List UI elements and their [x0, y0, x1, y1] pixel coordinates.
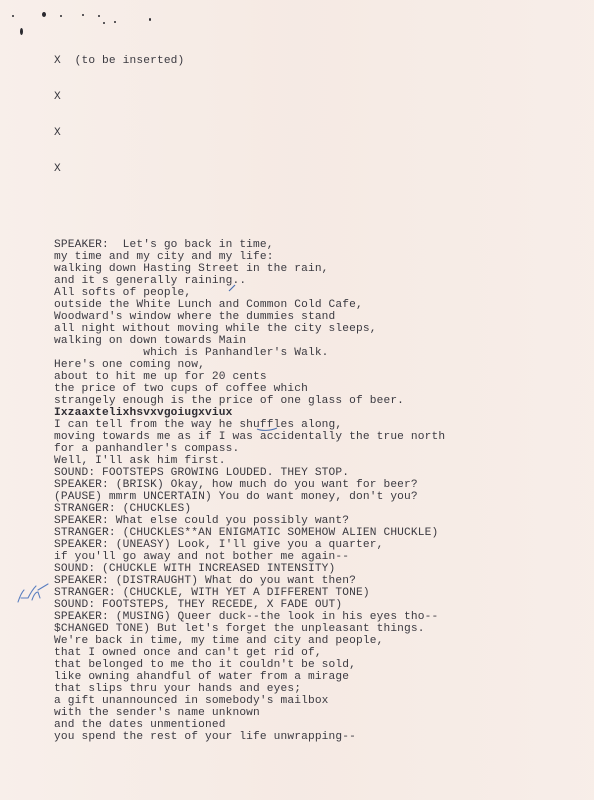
x-mark: X [54, 127, 445, 139]
script-line: that I owned once and can't get rid of, [54, 647, 445, 659]
script-line: Well, I'll ask him first. [54, 455, 445, 467]
pen-underline-icon [256, 426, 278, 432]
script-line: Ixzaaxtelixhsvxvgoiugxviux [54, 407, 445, 419]
script-lines: SPEAKER: Let's go back in time,my time a… [54, 239, 445, 743]
ink-speck [98, 15, 100, 17]
script-line: and the dates unmentioned [54, 719, 445, 731]
script-line: STRANGER: (CHUCKLES) [54, 503, 445, 515]
ink-speck [42, 12, 46, 17]
script-line: my time and my city and my life: [54, 251, 445, 263]
script-line: Here's one coming now, [54, 359, 445, 371]
ink-speck [103, 22, 105, 24]
insert-note: X (to be inserted) [54, 55, 445, 67]
pen-checkmark-icon [227, 284, 237, 294]
ink-speck [20, 28, 23, 35]
script-line: We're back in time, my time and city and… [54, 635, 445, 647]
script-line: All softs of people, [54, 287, 445, 299]
script-line: that slips thru your hands and eyes; [54, 683, 445, 695]
ink-speck [82, 14, 84, 16]
script-line: if you'll go away and not bother me agai… [54, 551, 445, 563]
script-line: which is Panhandler's Walk. [54, 347, 445, 359]
script-line: SOUND: FOOTSTEPS GROWING LOUDED. THEY ST… [54, 467, 445, 479]
script-line: SOUND: (CHUCKLE WITH INCREASED INTENSITY… [54, 563, 445, 575]
handwritten-initials-icon [14, 580, 50, 606]
ink-speck [114, 21, 116, 23]
script-line: all night without moving while the city … [54, 323, 445, 335]
script-line: a gift unannounced in somebody's mailbox [54, 695, 445, 707]
line-spacer [54, 199, 445, 215]
script-line: that belonged to me tho it couldn't be s… [54, 659, 445, 671]
script-line: SPEAKER: (MUSING) Queer duck--the look i… [54, 611, 445, 623]
script-line: walking down Hasting Street in the rain, [54, 263, 445, 275]
script-line: SOUND: FOOTSTEPS, THEY RECEDE, X FADE OU… [54, 599, 445, 611]
script-line: like owning ahandful of water from a mir… [54, 671, 445, 683]
script-line: Woodward's window where the dummies stan… [54, 311, 445, 323]
x-mark: X [54, 163, 445, 175]
script-line: the price of two cups of coffee which [54, 383, 445, 395]
script-line: STRANGER: (CHUCKLES**AN ENIGMATIC SOMEHO… [54, 527, 445, 539]
script-line: SPEAKER: (BRISK) Okay, how much do you w… [54, 479, 445, 491]
ink-speck [60, 15, 62, 17]
script-line: strangely enough is the price of one gla… [54, 395, 445, 407]
script-line: and it s generally raining.. [54, 275, 445, 287]
script-line: with the sender's name unknown [54, 707, 445, 719]
typescript-body: X (to be inserted) X X X SPEAKER: Let's … [54, 31, 445, 767]
script-line: walking on down towards Main [54, 335, 445, 347]
script-line: outside the White Lunch and Common Cold … [54, 299, 445, 311]
script-line: you spend the rest of your life unwrappi… [54, 731, 445, 743]
script-line: moving towards me as if I was accidental… [54, 431, 445, 443]
script-line: $CHANGED TONE) But let's forget the unpl… [54, 623, 445, 635]
ink-speck [12, 15, 14, 17]
script-line: I can tell from the way he shuffles alon… [54, 419, 445, 431]
ink-speck [149, 18, 151, 21]
typescript-page: X (to be inserted) X X X SPEAKER: Let's … [0, 0, 594, 800]
script-line: SPEAKER: What else could you possibly wa… [54, 515, 445, 527]
script-line: SPEAKER: (UNEASY) Look, I'll give you a … [54, 539, 445, 551]
script-line: about to hit me up for 20 cents [54, 371, 445, 383]
script-line: for a panhandler's compass. [54, 443, 445, 455]
script-line: SPEAKER: (DISTRAUGHT) What do you want t… [54, 575, 445, 587]
script-line: STRANGER: (CHUCKLE, WITH YET A DIFFERENT… [54, 587, 445, 599]
script-line: (PAUSE) mmrm UNCERTAIN) You do want mone… [54, 491, 445, 503]
x-mark: X [54, 91, 445, 103]
script-line: SPEAKER: Let's go back in time, [54, 239, 445, 251]
